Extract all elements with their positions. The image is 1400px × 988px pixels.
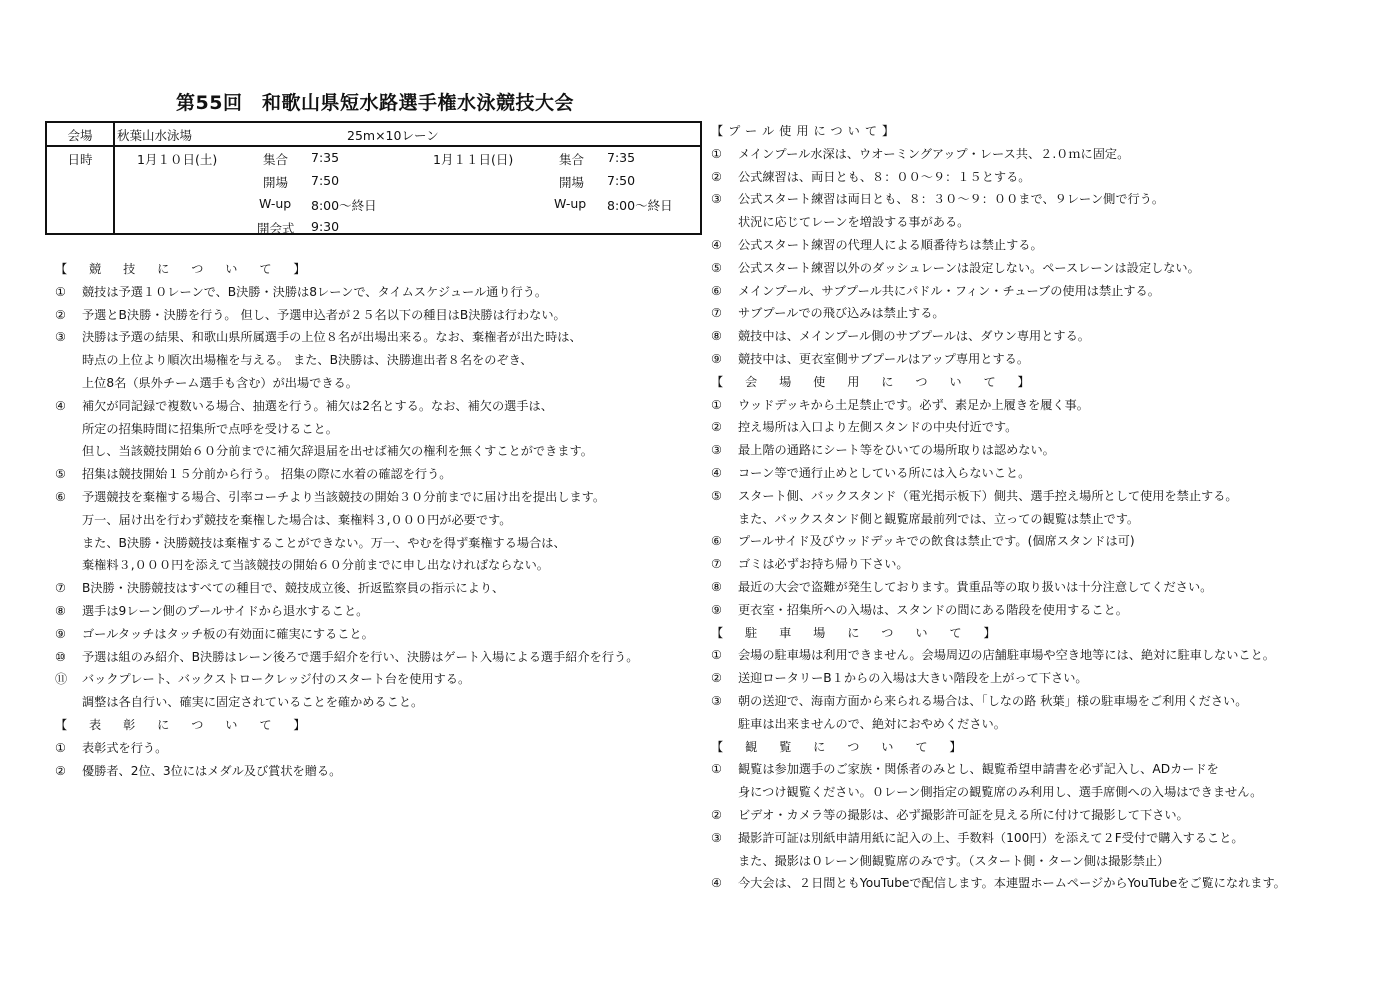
item-text: ビデオ・カメラ等の撮影は、必ず撮影許可証を見える所に付けて撮影して下さい。 [738, 804, 1189, 827]
list-item: ⑨更衣室・招集所への入場は、スタンドの間にある階段を使用すること。 [711, 599, 1391, 622]
item-text: 観覧は参加選手のご家族・関係者のみとし、観覧希望申請書を必ず記入し、ADカードを [738, 758, 1219, 781]
list-item: ④公式スタート練習の代理人による順番待ちは禁止する。 [711, 234, 1391, 257]
item-number: ⑥ [55, 486, 82, 509]
item-text: ウッドデッキから土足禁止です。必ず、素足か上履きを履く事。 [738, 394, 1089, 417]
venue-label: 会場 [47, 123, 113, 144]
day1-label-1: 開場 [263, 173, 288, 191]
item-continuation: 駐車は出来ませんので、絶対におやめください。 [711, 713, 1391, 736]
item-text: メインプール、サブプール共にパドル・フィン・チューブの使用は禁止する。 [738, 280, 1160, 303]
list-item: ⑦ B決勝・決勝競技はすべての種目で、競技成立後、折返監察員の指示により、 [55, 577, 705, 600]
item-number: ⑥ [711, 530, 738, 553]
day2-label-2: W-up [554, 196, 586, 211]
list-item: ③撮影許可証は別紙申請用紙に記入の上、手数料（100円）を添えて２F受付で購入す… [711, 827, 1391, 850]
item-number: ② [711, 667, 738, 690]
list-item: ③決勝は予選の結果、和歌山県所属選手の上位８名が出場出来る。なお、棄権者が出た時… [55, 326, 705, 349]
item-continuation: 身につけ観覧ください。０レーン側指定の観覧席のみ利用し、選手席側への入場はできま… [711, 781, 1391, 804]
item-text: 会場の駐車場は利用できません。会場周辺の店舗駐車場や空き地等には、絶対に駐車しな… [738, 644, 1275, 667]
item-text: 予選とB決勝・決勝を行う。 但し、予選申込者が２５名以下の種目はB決勝は行わない… [82, 304, 566, 327]
item-text: ゴールタッチはタッチ板の有効面に確実にすること。 [82, 623, 374, 646]
day1-label-3: 開会式 [257, 219, 295, 237]
item-number: ⑩ [55, 646, 82, 669]
day2-label-1: 開場 [559, 173, 584, 191]
item-number: ② [55, 304, 82, 327]
item-number: ③ [711, 188, 738, 211]
item-number: ① [55, 281, 82, 304]
list-item: ②送迎ロータリーB１からの入場は大きい階段を上がって下さい。 [711, 667, 1391, 690]
section-competition: 【 競 技 に つ い て 】①競技は予選１０レーンで、B決勝・決勝は8レーンで… [55, 258, 705, 714]
item-number: ③ [55, 326, 82, 349]
page-title: 第55回 和歌山県短水路選手権水泳競技大会 [0, 88, 750, 115]
item-text: 公式スタート練習は両日とも、８：３０～９：００まで、９レーン側で行う。 [738, 188, 1164, 211]
day1-time-0: 7:35 [311, 150, 339, 165]
section-header: 【 競 技 に つ い て 】 [55, 258, 705, 281]
day1-label-2: W-up [259, 196, 291, 211]
section-header: 【 駐 車 場 に つ い て 】 [711, 622, 1391, 645]
item-number: ⑥ [711, 280, 738, 303]
venue-label-cell: 会場 [47, 123, 115, 145]
list-item: ①競技は予選１０レーンで、B決勝・決勝は8レーンで、タイムスケジュール通り行う。 [55, 281, 705, 304]
item-number: ② [711, 804, 738, 827]
item-number: ⑧ [55, 600, 82, 623]
item-text: スタート側、バックスタンド（電光掲示板下）側共、選手控え場所として使用を禁止する… [738, 485, 1238, 508]
item-text: 公式スタート練習以外のダッシュレーンは設定しない。ペースレーンは設定しない。 [738, 257, 1200, 280]
section-awards: 【 表 彰 に つ い て 】①表彰式を行う。②優勝者、2位、3位にはメダル及び… [55, 714, 705, 782]
item-number: ⑤ [55, 463, 82, 486]
item-number: ① [711, 644, 738, 667]
list-item: ⑥予選競技を棄権する場合、引率コーチより当該競技の開始３０分前までに届け出を提出… [55, 486, 705, 509]
item-text: 招集は競技開始１５分前から行う。 招集の際に水着の確認を行う。 [82, 463, 452, 486]
list-item: ⑥プールサイド及びウッドデッキでの飲食は禁止です。(個席スタンドは可) [711, 530, 1391, 553]
item-number: ⑦ [711, 302, 738, 325]
venue-spec: 25m×10レーン [347, 126, 439, 144]
day1-time-3: 9:30 [311, 219, 339, 234]
item-text: 朝の送迎で、海南方面から来られる場合は、「しなの路 秋葉」様の駐車場をご利用くだ… [738, 690, 1247, 713]
list-item: ⑦サブプールでの飛び込みは禁止する。 [711, 302, 1391, 325]
list-item: ④今大会は、２日間ともYouTubeで配信します。本連盟ホームページからYouT… [711, 872, 1391, 895]
right-column: 【プール使用について】①メインプール水深は、ウオーミングアップ・レース共、２.０… [711, 120, 1391, 895]
list-item: ⑥メインプール、サブプール共にパドル・フィン・チューブの使用は禁止する。 [711, 280, 1391, 303]
item-continuation: また、バックスタンド側と観覧席最前列では、立っての観覧は禁止です。 [711, 508, 1391, 531]
item-text: 送迎ロータリーB１からの入場は大きい階段を上がって下さい。 [738, 667, 1088, 690]
item-continuation: 時点の上位より順次出場権を与える。 また、B決勝は、決勝進出者８名をのぞき、 [55, 349, 705, 372]
section-pool-use: 【プール使用について】①メインプール水深は、ウオーミングアップ・レース共、２.０… [711, 120, 1391, 371]
day2-date: 1月１１日(日) [433, 150, 513, 168]
item-text: サブプールでの飛び込みは禁止する。 [738, 302, 945, 325]
list-item: ⑨ゴールタッチはタッチ板の有効面に確実にすること。 [55, 623, 705, 646]
list-item: ①メインプール水深は、ウオーミングアップ・レース共、２.０ｍに固定。 [711, 143, 1391, 166]
list-item: ②公式練習は、両日とも、８：００～９：１５とする。 [711, 166, 1391, 189]
list-item: ⑦ゴミは必ずお持ち帰り下さい。 [711, 553, 1391, 576]
item-text: 補欠が同記録で複数いる場合、抽選を行う。補欠は2名とする。なお、補欠の選手は、 [82, 395, 553, 418]
item-text: 決勝は予選の結果、和歌山県所属選手の上位８名が出場出来る。なお、棄権者が出た時は… [82, 326, 582, 349]
item-number: ⑤ [711, 485, 738, 508]
item-number: ③ [711, 690, 738, 713]
item-continuation: 但し、当該競技開始６０分前までに補欠辞退届を出せば補欠の権利を無くすことができま… [55, 440, 705, 463]
list-item: ③公式スタート練習は両日とも、８：３０～９：００まで、９レーン側で行う。 [711, 188, 1391, 211]
item-text: 公式スタート練習の代理人による順番待ちは禁止する。 [738, 234, 1043, 257]
item-number: ⑨ [55, 623, 82, 646]
list-item: ⑤スタート側、バックスタンド（電光掲示板下）側共、選手控え場所として使用を禁止す… [711, 485, 1391, 508]
item-number: ⑦ [55, 577, 82, 600]
list-item: ④コーン等で通行止めとしている所には入らないこと。 [711, 462, 1391, 485]
item-text: 競技は予選１０レーンで、B決勝・決勝は8レーンで、タイムスケジュール通り行う。 [82, 281, 547, 304]
section-venue-use: 【 会 場 使 用 に つ い て 】①ウッドデッキから土足禁止です。必ず、素足… [711, 371, 1391, 622]
item-text: 選手は9レーン側のプールサイドから退水すること。 [82, 600, 368, 623]
item-text: 更衣室・招集所への入場は、スタンドの間にある階段を使用すること。 [738, 599, 1128, 622]
section-spectating: 【 観 覧 に つ い て 】①観覧は参加選手のご家族・関係者のみとし、観覧希望… [711, 736, 1391, 896]
item-text: 予選は組のみ紹介、B決勝はレーン後ろで選手紹介を行い、決勝はゲート入場による選手… [82, 646, 638, 669]
list-item: ①表彰式を行う。 [55, 737, 705, 760]
day2-time-1: 7:50 [607, 173, 635, 188]
list-item: ③最上階の通路にシート等をひいての場所取りは認めない。 [711, 439, 1391, 462]
day2-label-0: 集合 [559, 150, 584, 168]
list-item: ②優勝者、2位、3位にはメダル及び賞状を贈る。 [55, 760, 705, 783]
item-continuation: 棄権料３,０００円を添えて当該競技の開始６０分前までに申し出なければならない。 [55, 554, 705, 577]
day1-label-0: 集合 [263, 150, 288, 168]
item-number: ③ [711, 439, 738, 462]
item-continuation: 上位8名（県外チーム選手も含む）が出場できる。 [55, 372, 705, 395]
list-item: ②ビデオ・カメラ等の撮影は、必ず撮影許可証を見える所に付けて撮影して下さい。 [711, 804, 1391, 827]
item-number: ④ [55, 395, 82, 418]
day2-time-0: 7:35 [607, 150, 635, 165]
list-item: ②控え場所は入口より左側スタンドの中央付近です。 [711, 416, 1391, 439]
list-item: ⑧競技中は、メインプール側のサブプールは、ダウン専用とする。 [711, 325, 1391, 348]
list-item: ⑤公式スタート練習以外のダッシュレーンは設定しない。ペースレーンは設定しない。 [711, 257, 1391, 280]
list-item: ①会場の駐車場は利用できません。会場周辺の店舗駐車場や空き地等には、絶対に駐車し… [711, 644, 1391, 667]
item-text: 最近の大会で盗難が発生しております。貴重品等の取り扱いは十分注意してください。 [738, 576, 1212, 599]
item-number: ⑤ [711, 257, 738, 280]
item-number: ① [711, 143, 738, 166]
venue-row: 会場 秋葉山水泳場 25m×10レーン [47, 123, 700, 147]
item-number: ① [711, 758, 738, 781]
item-continuation: 状況に応じてレーンを増設する事がある。 [711, 211, 1391, 234]
item-continuation: また、撮影は０レーン側観覧席のみです。（スタート側・ターン側は撮影禁止） [711, 850, 1391, 873]
item-number: ④ [711, 872, 738, 895]
section-header: 【 会 場 使 用 に つ い て 】 [711, 371, 1391, 394]
day1-time-1: 7:50 [311, 173, 339, 188]
item-continuation: 調整は各自行い、確実に固定されていることを確かめること。 [55, 691, 705, 714]
item-number: ② [711, 416, 738, 439]
item-number: ⑨ [711, 599, 738, 622]
list-item: ①観覧は参加選手のご家族・関係者のみとし、観覧希望申請書を必ず記入し、ADカード… [711, 758, 1391, 781]
item-text: メインプール水深は、ウオーミングアップ・レース共、２.０ｍに固定。 [738, 143, 1129, 166]
item-text: バックプレート、バックストロークレッジ付のスタート台を使用する。 [82, 668, 470, 691]
item-number: ② [55, 760, 82, 783]
item-number: ④ [711, 462, 738, 485]
item-text: 撮影許可証は別紙申請用紙に記入の上、手数料（100円）を添えて２F受付で購入する… [738, 827, 1244, 850]
item-text: 競技中は、更衣室側サブプールはアップ専用とする。 [738, 348, 1029, 371]
item-number: ⑧ [711, 325, 738, 348]
item-number: ⑧ [711, 576, 738, 599]
item-continuation: 所定の招集時間に招集所で点呼を受けること。 [55, 418, 705, 441]
item-number: ③ [711, 827, 738, 850]
date-label-cell: 日時 [47, 147, 115, 233]
venue-name: 秋葉山水泳場 [117, 126, 192, 144]
item-text: 競技中は、メインプール側のサブプールは、ダウン専用とする。 [738, 325, 1090, 348]
item-text: 優勝者、2位、3位にはメダル及び賞状を贈る。 [82, 760, 341, 783]
section-header: 【プール使用について】 [711, 120, 1391, 143]
item-text: 今大会は、２日間ともYouTubeで配信します。本連盟ホームページからYouTu… [738, 872, 1286, 895]
list-item: ③朝の送迎で、海南方面から来られる場合は、「しなの路 秋葉」様の駐車場をご利用く… [711, 690, 1391, 713]
item-continuation: また、B決勝・決勝競技は棄権することができない。万一、やむを得ず棄権する場合は、 [55, 532, 705, 555]
event-info-table: 会場 秋葉山水泳場 25m×10レーン 日時 1月１０日(土) 集合 7:35 … [45, 121, 702, 235]
item-number: ① [55, 737, 82, 760]
item-text: ゴミは必ずお持ち帰り下さい。 [738, 553, 909, 576]
item-number: ④ [711, 234, 738, 257]
section-parking: 【 駐 車 場 に つ い て 】①会場の駐車場は利用できません。会場周辺の店舗… [711, 622, 1391, 736]
item-text: B決勝・決勝競技はすべての種目で、競技成立後、折返監察員の指示により、 [82, 577, 504, 600]
list-item: ⑧最近の大会で盗難が発生しております。貴重品等の取り扱いは十分注意してください。 [711, 576, 1391, 599]
item-number: ⑪ [55, 668, 82, 691]
date-label: 日時 [47, 147, 113, 168]
day1-date: 1月１０日(土) [137, 150, 217, 168]
list-item: ①ウッドデッキから土足禁止です。必ず、素足か上履きを履く事。 [711, 394, 1391, 417]
item-number: ① [711, 394, 738, 417]
section-header: 【 表 彰 に つ い て 】 [55, 714, 705, 737]
section-header: 【 観 覧 に つ い て 】 [711, 736, 1391, 759]
day2-time-2: 8:00～終日 [607, 196, 673, 214]
datetime-row: 日時 1月１０日(土) 集合 7:35 開場 7:50 W-up 8:00～終日… [47, 147, 700, 233]
day1-time-2: 8:00～終日 [311, 196, 377, 214]
item-text: 予選競技を棄権する場合、引率コーチより当該競技の開始３０分前までに届け出を提出し… [82, 486, 605, 509]
list-item: ⑨競技中は、更衣室側サブプールはアップ専用とする。 [711, 348, 1391, 371]
item-text: 公式練習は、両日とも、８：００～９：１５とする。 [738, 166, 1031, 189]
item-text: 最上階の通路にシート等をひいての場所取りは認めない。 [738, 439, 1055, 462]
left-column: 【 競 技 に つ い て 】①競技は予選１０レーンで、B決勝・決勝は8レーンで… [55, 258, 705, 782]
item-number: ⑦ [711, 553, 738, 576]
list-item: ⑧選手は9レーン側のプールサイドから退水すること。 [55, 600, 705, 623]
item-text: 控え場所は入口より左側スタンドの中央付近です。 [738, 416, 1017, 439]
list-item: ④補欠が同記録で複数いる場合、抽選を行う。補欠は2名とする。なお、補欠の選手は、 [55, 395, 705, 418]
item-number: ② [711, 166, 738, 189]
item-text: 表彰式を行う。 [82, 737, 167, 760]
list-item: ②予選とB決勝・決勝を行う。 但し、予選申込者が２５名以下の種目はB決勝は行わな… [55, 304, 705, 327]
item-text: プールサイド及びウッドデッキでの飲食は禁止です。(個席スタンドは可) [738, 530, 1135, 553]
item-number: ⑨ [711, 348, 738, 371]
list-item: ⑩予選は組のみ紹介、B決勝はレーン後ろで選手紹介を行い、決勝はゲート入場による選… [55, 646, 705, 669]
item-text: コーン等で通行止めとしている所には入らないこと。 [738, 462, 1030, 485]
list-item: ⑪バックプレート、バックストロークレッジ付のスタート台を使用する。 [55, 668, 705, 691]
list-item: ⑤招集は競技開始１５分前から行う。 招集の際に水着の確認を行う。 [55, 463, 705, 486]
item-continuation: 万一、届け出を行わず競技を棄権した場合は、棄権料３,０００円が必要です。 [55, 509, 705, 532]
